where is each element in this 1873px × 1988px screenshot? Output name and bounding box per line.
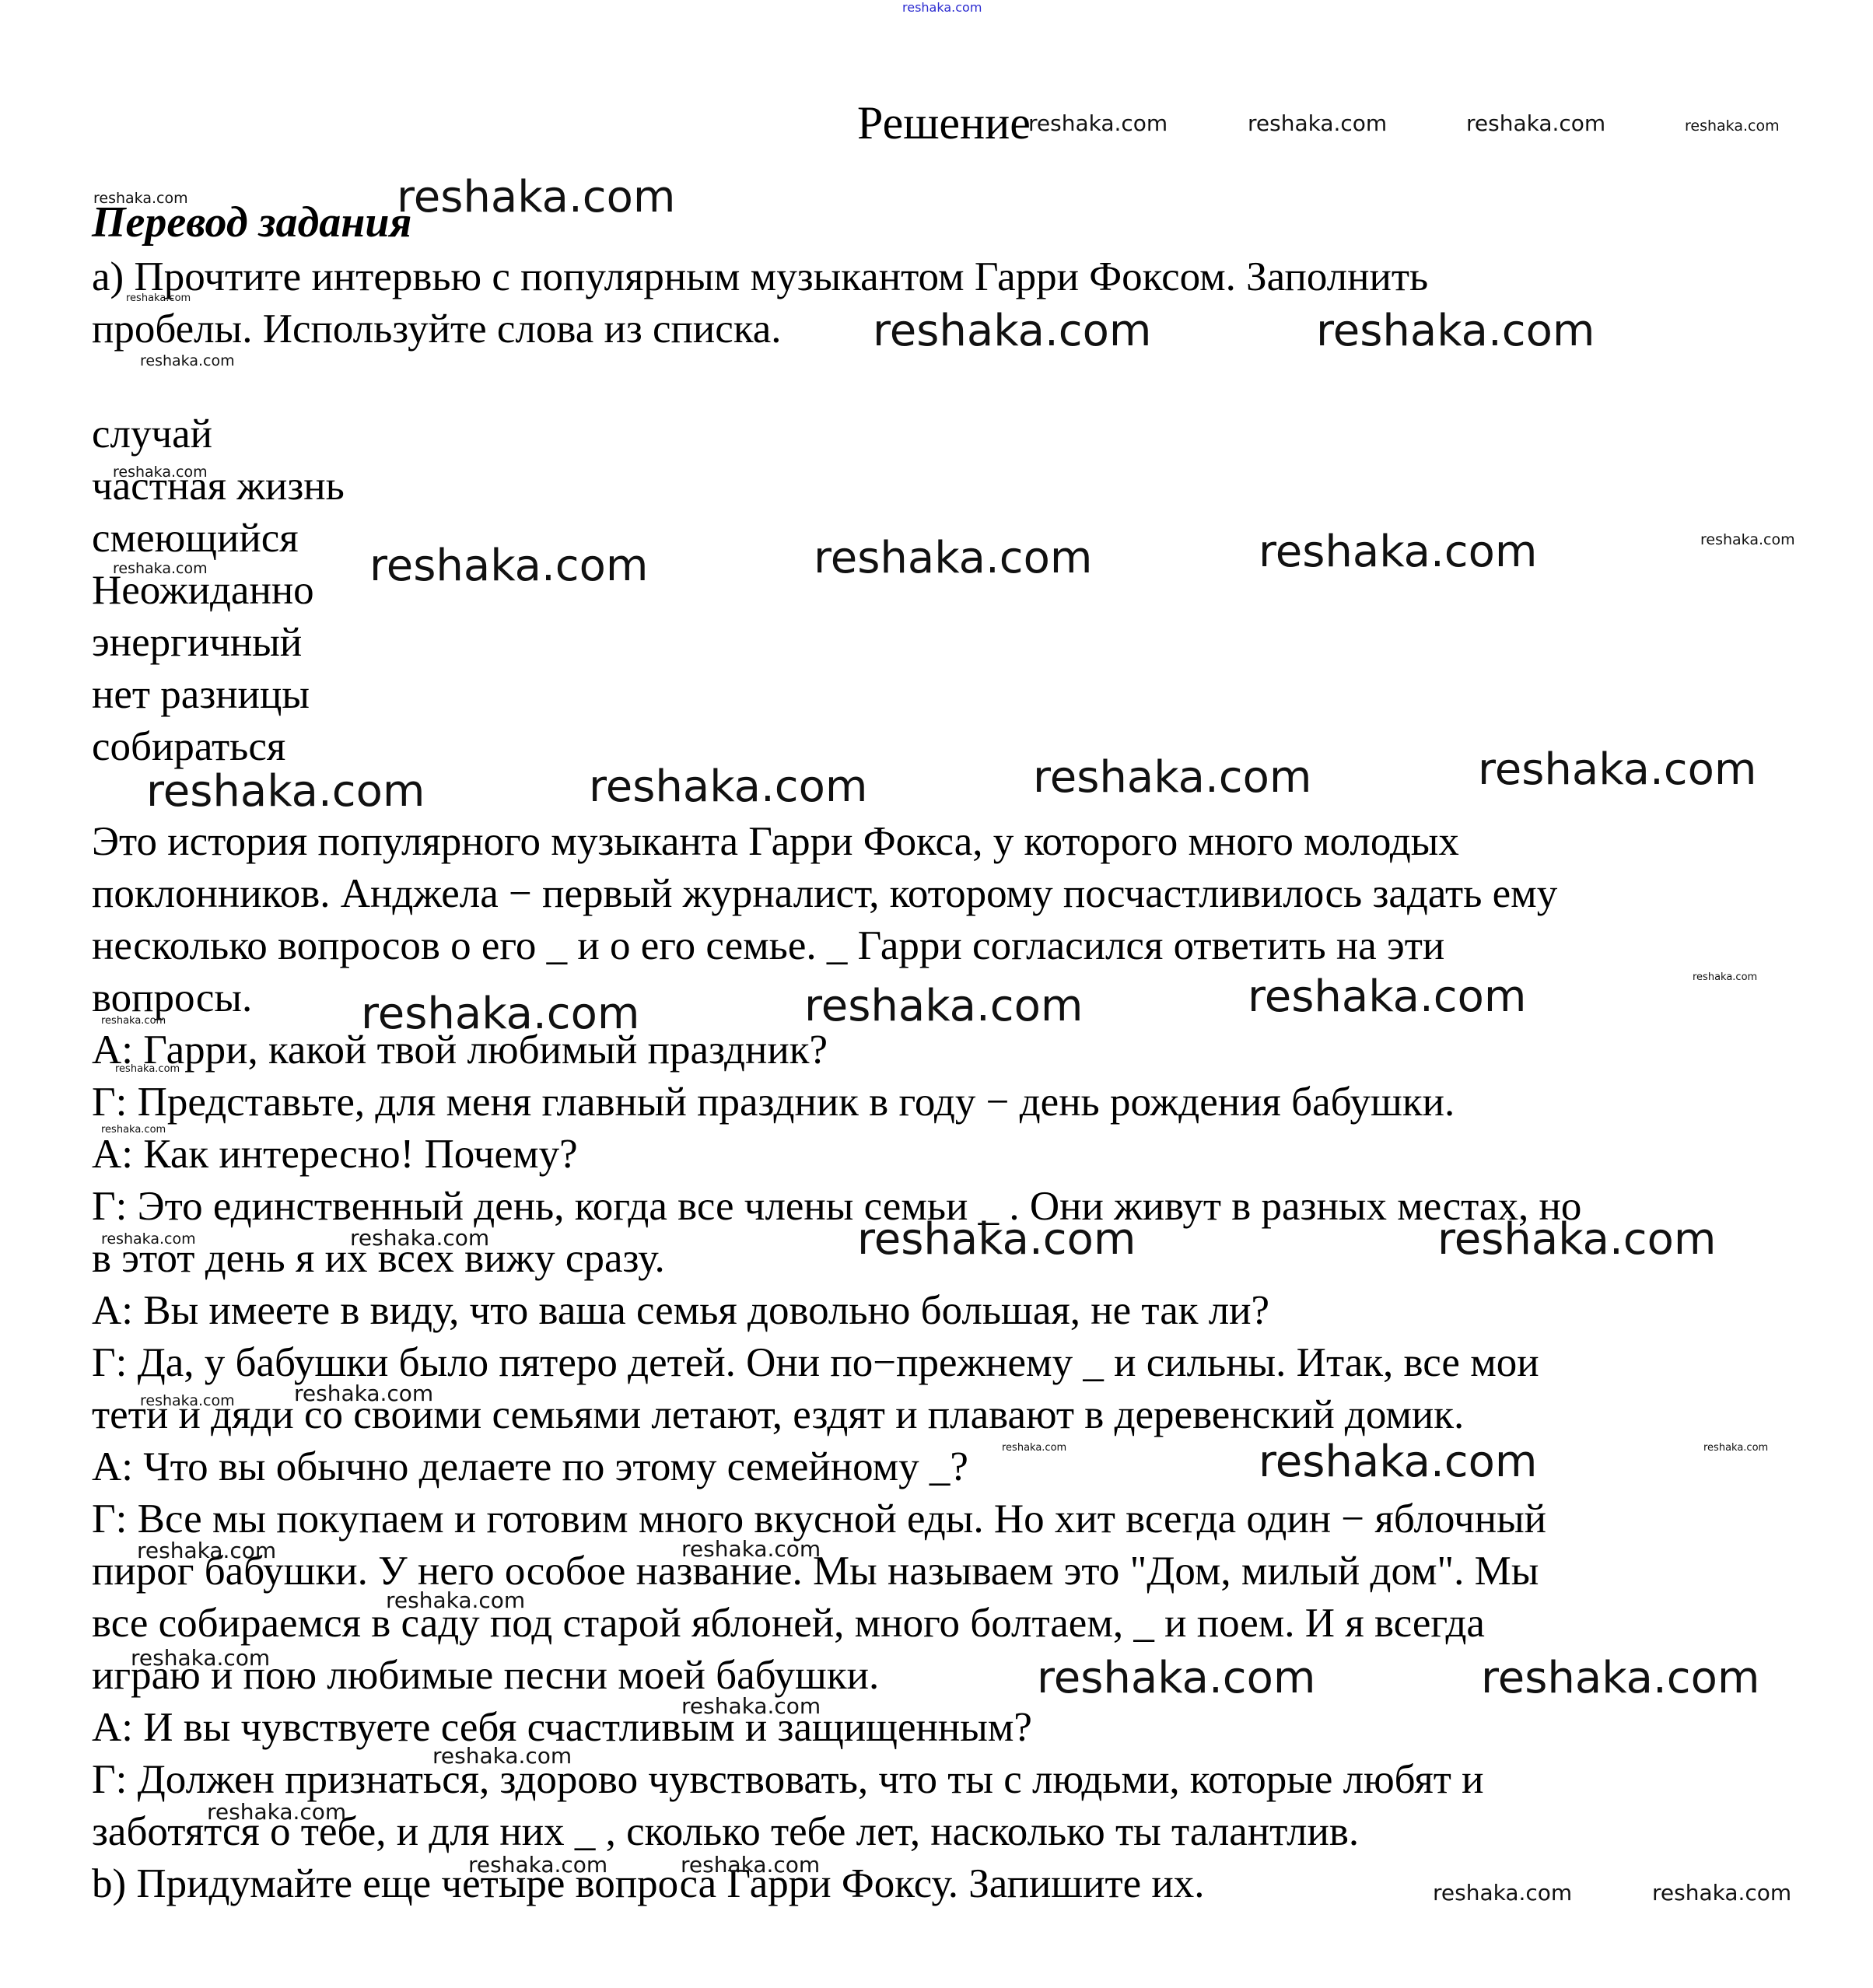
watermark: reshaka.com	[126, 293, 191, 303]
watermark: reshaka.com	[1002, 1443, 1066, 1453]
watermark: reshaka.com	[1478, 748, 1756, 792]
watermark: reshaka.com	[1033, 756, 1311, 800]
watermark: reshaka.com	[1466, 113, 1605, 135]
top-watermark: reshaka.com	[902, 2, 982, 14]
dialogue-line: Г: Представьте, для меня главный праздни…	[92, 1082, 1455, 1123]
watermark: reshaka.com	[101, 1125, 166, 1135]
watermark: reshaka.com	[468, 1854, 607, 1876]
watermark: reshaka.com	[432, 1745, 572, 1767]
watermark: reshaka.com	[101, 1016, 166, 1026]
watermark: reshaka.com	[350, 1227, 489, 1249]
watermark: reshaka.com	[140, 1394, 235, 1409]
watermark: reshaka.com	[131, 1647, 270, 1669]
watermark: reshaka.com	[397, 176, 675, 219]
dialogue-line: А: Вы имеете в виду, что ваша семья дово…	[92, 1290, 1269, 1332]
watermark: reshaka.com	[113, 562, 208, 576]
watermark: reshaka.com	[93, 191, 188, 206]
watermark: reshaka.com	[1652, 1882, 1791, 1904]
watermark: reshaka.com	[1437, 1218, 1716, 1262]
dialogue-line: А: Как интересно! Почему?	[92, 1134, 578, 1175]
watermark: reshaka.com	[113, 465, 208, 480]
dialogue-line: Г: Это единственный день, когда все член…	[92, 1186, 1581, 1227]
watermark: reshaka.com	[146, 770, 425, 814]
word-list-item: смеющийся	[92, 518, 299, 559]
watermark: reshaka.com	[681, 1538, 821, 1560]
watermark: reshaka.com	[369, 544, 648, 588]
watermark: reshaka.com	[1259, 530, 1537, 574]
watermark: reshaka.com	[1693, 972, 1757, 982]
watermark: reshaka.com	[804, 985, 1083, 1028]
dialogue-line: А: Что вы обычно делаете по этому семейн…	[92, 1447, 968, 1488]
watermark: reshaka.com	[1703, 1443, 1768, 1453]
watermark: reshaka.com	[1259, 1440, 1537, 1484]
watermark: reshaka.com	[857, 1218, 1136, 1262]
watermark: reshaka.com	[137, 1540, 276, 1562]
watermark: reshaka.com	[361, 992, 639, 1036]
watermark: reshaka.com	[386, 1590, 525, 1612]
watermark: reshaka.com	[140, 354, 235, 369]
word-list-item: случай	[92, 414, 212, 455]
dialogue-line: Г: Все мы покупаем и готовим много вкусн…	[92, 1499, 1546, 1540]
intro-line: поклонников. Анджела − первый журналист,…	[92, 873, 1557, 915]
watermark: reshaka.com	[1481, 1657, 1759, 1700]
word-list-item: собираться	[92, 726, 285, 768]
intro-line: Это история популярного музыканта Гарри …	[92, 821, 1459, 863]
word-list-item: энергичный	[92, 622, 302, 663]
watermark: reshaka.com	[115, 1064, 180, 1074]
watermark: reshaka.com	[294, 1383, 433, 1405]
page-title: Решение	[857, 100, 1031, 146]
watermark: reshaka.com	[1685, 119, 1780, 134]
watermark: reshaka.com	[1037, 1657, 1315, 1700]
watermark: reshaka.com	[1028, 113, 1168, 135]
dialogue-line: Г: Да, у бабушки было пятеро детей. Они …	[92, 1342, 1539, 1384]
intro-line: несколько вопросов о его _ и о его семье…	[92, 926, 1444, 967]
watermark: reshaka.com	[1248, 975, 1526, 1019]
intro-line: вопросы.	[92, 978, 252, 1019]
watermark: reshaka.com	[1700, 533, 1795, 548]
dialogue-line: все собираемся в саду под старой яблоней…	[92, 1603, 1485, 1644]
task-b-line: b) Придумайте еще четыре вопроса Гарри Ф…	[92, 1864, 1205, 1905]
task-a-line: a) Прочтите интервью с популярным музыка…	[92, 257, 1428, 298]
task-a-line: пробелы. Используйте слова из списка.	[92, 309, 782, 350]
watermark: reshaka.com	[873, 310, 1151, 353]
watermark: reshaka.com	[681, 1696, 821, 1717]
watermark: reshaka.com	[1433, 1882, 1572, 1904]
watermark: reshaka.com	[101, 1232, 196, 1247]
dialogue-line: Г: Должен признаться, здорово чувствоват…	[92, 1759, 1483, 1801]
watermark: reshaka.com	[814, 537, 1092, 580]
watermark: reshaka.com	[207, 1801, 346, 1823]
watermark: reshaka.com	[681, 1854, 820, 1876]
watermark: reshaka.com	[589, 765, 867, 809]
watermark: reshaka.com	[1248, 113, 1387, 135]
word-list-item: нет разницы	[92, 674, 310, 716]
section-heading: Перевод задания	[92, 201, 411, 244]
watermark: reshaka.com	[1316, 310, 1595, 353]
